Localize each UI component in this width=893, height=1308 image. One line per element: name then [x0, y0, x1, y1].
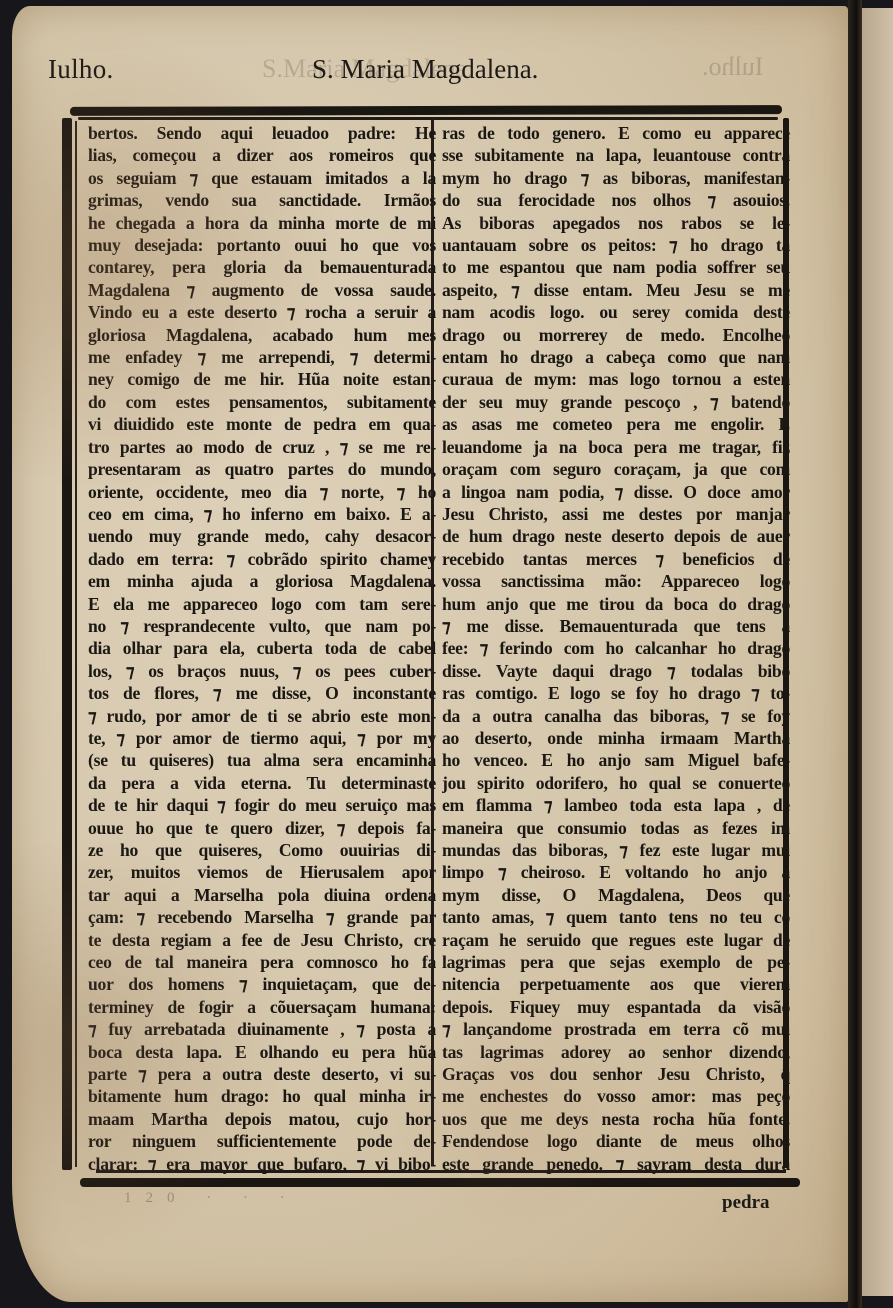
text-line: em minha ajuda a gloriosa Magdalena.	[88, 570, 436, 592]
text-line: uantauam sobre os peitos: ⁊ ho drago tã	[442, 234, 790, 256]
text-line: nam acodis logo. ou serey comida deste	[442, 301, 790, 323]
text-line: curaua de mym: mas logo tornou a esten	[442, 368, 790, 390]
show-through-title: S.Maria Magdalena.	[262, 54, 474, 84]
text-line: ⁊ rudo, por amor de ti se abrio este mon…	[88, 705, 436, 727]
text-line: E ela me appareceo logo com tam sere-	[88, 593, 436, 615]
text-line: da a outra canalha das biboras, ⁊ se foy	[442, 705, 790, 727]
text-line: to me espantou que nam podia soffrer seu	[442, 256, 790, 278]
text-line: este grande penedo. ⁊ sayram desta dura	[442, 1153, 790, 1175]
text-line: as asas me cometeo pera me engolir. E	[442, 413, 790, 435]
book-page: Iulho. S. Maria Magdalena. S.Maria Magda…	[12, 6, 848, 1302]
book-gutter	[848, 0, 862, 1308]
text-line: ras comtigo. E logo se foy ho drago ⁊ to…	[442, 682, 790, 704]
bottom-frame-rule-thick	[80, 1178, 800, 1187]
text-line: oriente, occidente, meo dia ⁊ norte, ⁊ h…	[88, 481, 436, 503]
top-frame-rule-thin	[78, 117, 778, 120]
text-line: entam ho drago a cabeça como que nam	[442, 346, 790, 368]
text-line: bertos. Sendo aqui leuadoo padre: He	[88, 122, 436, 144]
text-line: lagrimas pera que sejas exemplo de pe-	[442, 951, 790, 973]
text-line: me enchestes do vosso amor: mas peço	[442, 1085, 790, 1107]
text-line: tro partes ao modo de cruz , ⁊ se me re-	[88, 436, 436, 458]
running-month: Iulho.	[48, 54, 114, 85]
text-line: tar aqui a Marselha pola diuina ordena	[88, 884, 436, 906]
text-line: vossa sanctissima mão: Appareceo logo	[442, 570, 790, 592]
text-line: jou spirito odorifero, ho qual se conuer…	[442, 772, 790, 794]
text-line: los, ⁊ os braços nuus, ⁊ os pees cuber-	[88, 660, 436, 682]
text-line: grimas, vendo sua sanctidade. Irmãos	[88, 189, 436, 211]
text-line: ceo de tal maneira pera comnosco ho fa	[88, 951, 436, 973]
facing-page-edge	[862, 8, 893, 1296]
text-line: tanto amas, ⁊ quem tanto tens no teu co	[442, 906, 790, 928]
show-through-month: Iulho.	[702, 52, 763, 82]
text-line: muy desejada: portanto ouui ho que vos	[88, 234, 436, 256]
text-line: contarey, pera gloria da bemauenturada	[88, 256, 436, 278]
text-line: fee: ⁊ ferindo com ho calcanhar ho drago	[442, 637, 790, 659]
text-line: he chegada a hora da minha morte de mi	[88, 212, 436, 234]
text-line: Vindo eu a este deserto ⁊ rocha a seruir…	[88, 301, 436, 323]
text-column-right: ras de todo genero. E como eu apparecess…	[442, 122, 790, 1175]
text-line: de hum drago neste deserto depois de aue…	[442, 525, 790, 547]
text-line: bitamente hum drago: ho qual minha ir-	[88, 1085, 436, 1107]
text-line: Graças vos dou senhor Jesu Christo, q̃	[442, 1063, 790, 1085]
text-line: Jesu Christo, assi me destes por manjar	[442, 503, 790, 525]
text-line: ney comigo de me hir. Hũa noite estan-	[88, 368, 436, 390]
text-line: ⁊ lançandome prostrada em terra cõ mui	[442, 1018, 790, 1040]
text-line: ras de todo genero. E como eu apparece	[442, 122, 790, 144]
text-line: lias, começou a dizer aos romeiros que	[88, 144, 436, 166]
text-line: hum anjo que me tirou da boca do drago	[442, 593, 790, 615]
text-line: da pera a vida eterna. Tu determinaste	[88, 772, 436, 794]
text-line: uos que me deys nesta rocha hũa fonte.	[442, 1108, 790, 1130]
text-line: ⁊ fuy arrebatada diuinamente , ⁊ posta a	[88, 1018, 436, 1040]
text-line: raçam he seruido que regues este lugar d…	[442, 929, 790, 951]
text-line: mym ho drago ⁊ as biboras, manifestan-	[442, 167, 790, 189]
text-line: tas lagrimas adorey ao senhor dizendo,	[442, 1041, 790, 1063]
text-line: As biboras apegados nos rabos se le-	[442, 212, 790, 234]
text-line: sse subitamente na lapa, leuantouse cont…	[442, 144, 790, 166]
text-line: no ⁊ resprandecente vulto, que nam po-	[88, 615, 436, 637]
text-line: uendo muy grande medo, cahy desacor-	[88, 525, 436, 547]
text-line: te, ⁊ por amor de tiermo aqui, ⁊ por my	[88, 727, 436, 749]
text-line: maneira que consumio todas as fezes im	[442, 817, 790, 839]
text-line: uor dos homens ⁊ inquietaçam, que de-	[88, 973, 436, 995]
text-line: dado em terra: ⁊ cobrãdo spirito chamey	[88, 548, 436, 570]
text-line: ao deserto, onde minha irmaam Martha	[442, 727, 790, 749]
text-line: ho venceo. E ho anjo sam Miguel bafe-	[442, 749, 790, 771]
text-line: nitencia perpetuamente aos que vierem	[442, 973, 790, 995]
text-line: ceo em cima, ⁊ ho inferno em baixo. E a-	[88, 503, 436, 525]
text-line: de te hir daqui ⁊ fogir do meu seruiço m…	[88, 794, 436, 816]
text-line: leuandome ja na boca pera me tragar, fiz	[442, 436, 790, 458]
text-line: te desta regiam a fee de Jesu Christo, c…	[88, 929, 436, 951]
show-through-signature: 120 · · ·	[124, 1190, 299, 1207]
text-line: gloriosa Magdalena, acabado hum mes	[88, 324, 436, 346]
text-line: Fendendose logo diante de meus olhos	[442, 1130, 790, 1152]
text-line: a lingoa nam podia, ⁊ disse. O doce amor	[442, 481, 790, 503]
text-line: parte ⁊ pera a outra deste deserto, vi s…	[88, 1063, 436, 1085]
text-line: clarar: ⁊ era mayor que bufaro, ⁊ vi bib…	[88, 1153, 436, 1175]
text-line: der seu muy grande pescoço , ⁊ batendo	[442, 391, 790, 413]
text-line: mym disse, O Magdalena, Deos que	[442, 884, 790, 906]
text-line: maam Martha depois matou, cujo hor-	[88, 1108, 436, 1130]
text-line: (se tu quiseres) tua alma sera encaminha	[88, 749, 436, 771]
left-frame-border	[62, 118, 72, 1170]
text-line: disse. Vayte daqui drago ⁊ todalas bibo	[442, 660, 790, 682]
text-line: do com estes pensamentos, subitamente	[88, 391, 436, 413]
text-column-left: bertos. Sendo aqui leuadoo padre: Helias…	[88, 122, 436, 1175]
text-line: recebido tantas merces ⁊ beneficios de	[442, 548, 790, 570]
text-line: çam: ⁊ recebendo Marselha ⁊ grande par	[88, 906, 436, 928]
left-frame-border-inner	[75, 121, 77, 1167]
text-line: depois. Fiquey muy espantada da visão	[442, 996, 790, 1018]
text-line: Magdalena ⁊ augmento de vossa saude.	[88, 279, 436, 301]
text-line: ouue ho que te quero dizer, ⁊ depois fa-	[88, 817, 436, 839]
text-line: ror ninguem sufficientemente pode de-	[88, 1130, 436, 1152]
text-line: vi diuidido este monte de pedra em qua-	[88, 413, 436, 435]
text-line: os seguiam ⁊ que estauam imitados a la	[88, 167, 436, 189]
text-line: presentaram as quatro partes do mundo,	[88, 458, 436, 480]
text-line: limpo ⁊ cheiroso. E voltando ho anjo a	[442, 861, 790, 883]
text-line: boca desta lapa. E olhando eu pera hũa	[88, 1041, 436, 1063]
text-line: tos de flores, ⁊ me disse, O inconstante	[88, 682, 436, 704]
text-line: terminey de fogir a cõuersaçam humana:	[88, 996, 436, 1018]
catchword: pedra	[722, 1192, 770, 1214]
text-line: dia olhar para ela, cuberta toda de cabe…	[88, 637, 436, 659]
text-line: mundas das biboras, ⁊ fez este lugar mui	[442, 839, 790, 861]
text-line: oraçam com seguro coraçam, ja que com	[442, 458, 790, 480]
text-line: drago ou morrerey de medo. Encolheo	[442, 324, 790, 346]
text-line: do sua ferocidade nos olhos ⁊ asouios.	[442, 189, 790, 211]
text-line: ⁊ me disse. Bemauenturada que tens a	[442, 615, 790, 637]
text-line: em flamma ⁊ lambeo toda esta lapa , de	[442, 794, 790, 816]
text-line: zer, muitos viemos de Hierusalem apor	[88, 861, 436, 883]
text-line: me enfadey ⁊ me arrependi, ⁊ determi-	[88, 346, 436, 368]
top-frame-rule-thick	[70, 105, 782, 116]
text-line: aspeito, ⁊ disse entam. Meu Jesu se me	[442, 279, 790, 301]
text-line: ze ho que quiseres, Como ouuirias di-	[88, 839, 436, 861]
